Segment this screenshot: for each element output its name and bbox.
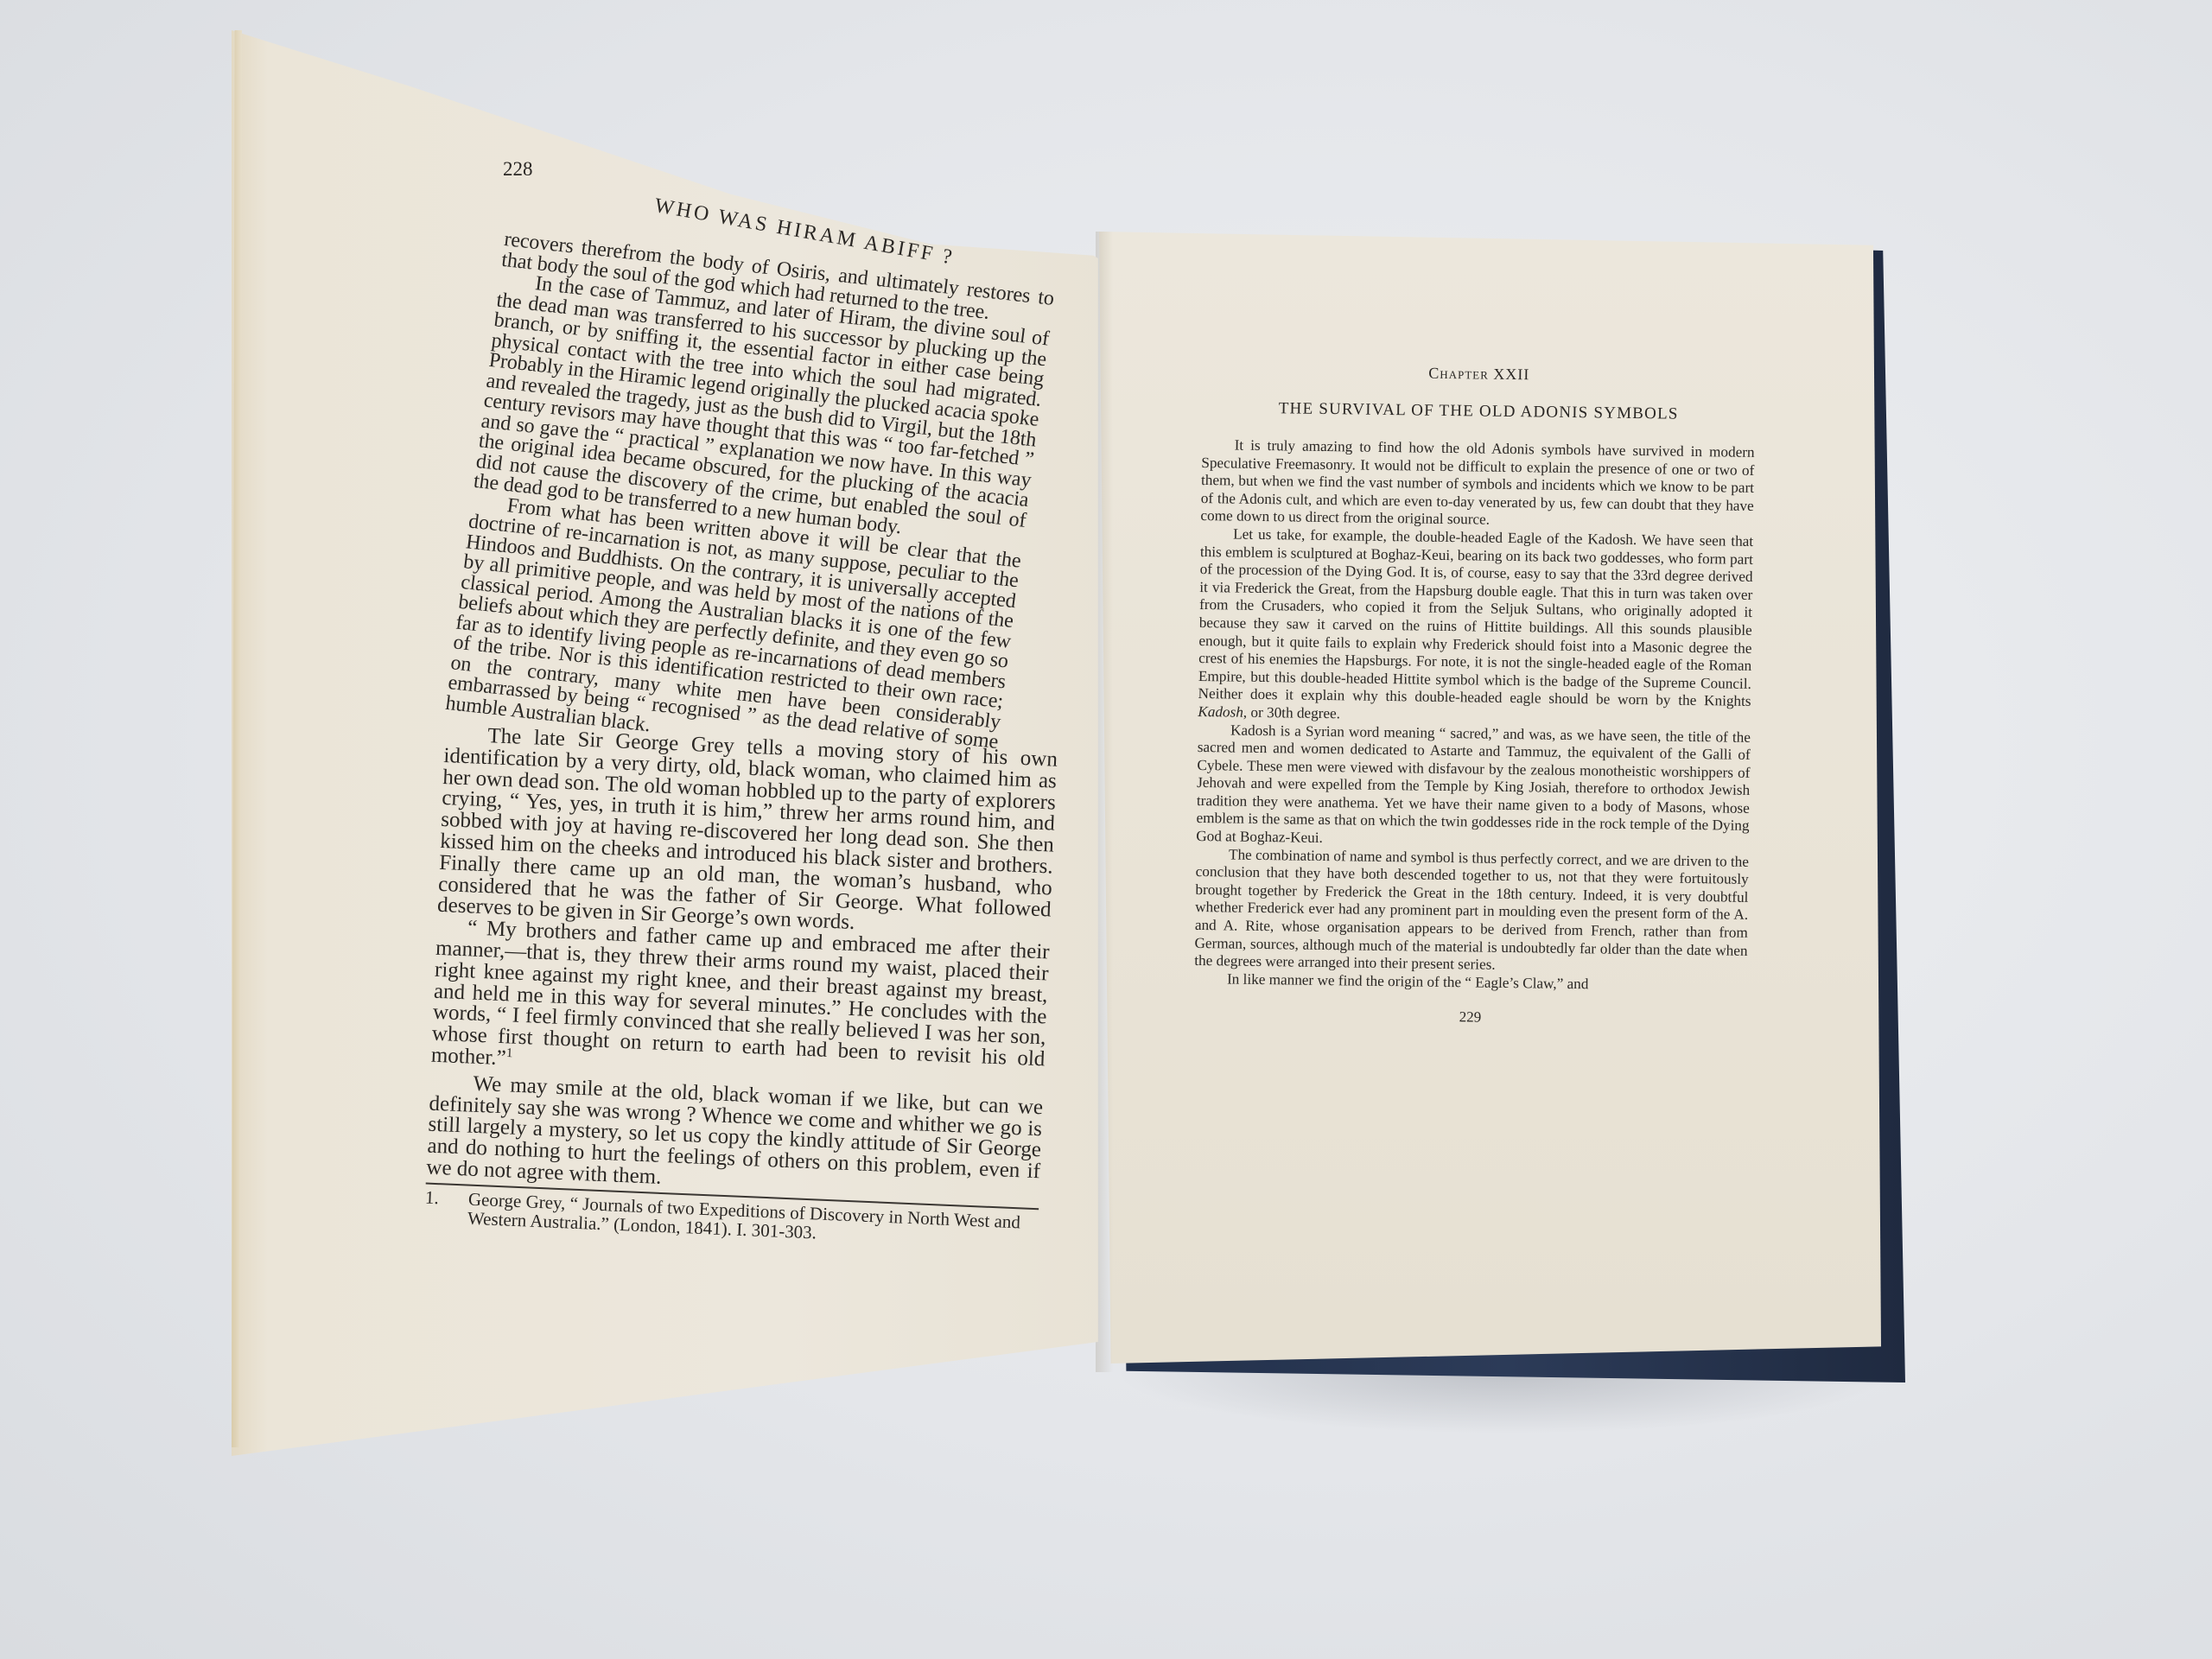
right-page-text-block: Chapter XXII THE SURVIVAL OF THE OLD ADO… [1193,361,1756,1030]
paragraph: The combination of name and symbol is th… [1194,846,1749,978]
paragraph: It is truly amazing to find how the old … [1200,436,1754,533]
left-page-lower-block: The late Sir George Grey tells a moving … [424,724,1058,1251]
chapter-label: Chapter XXII [1203,361,1756,387]
footnote-number: 1. [425,1187,469,1208]
paragraph: The late Sir George Grey tells a moving … [437,724,1058,943]
right-page: Chapter XXII THE SURVIVAL OF THE OLD ADO… [1099,232,1881,1363]
footnote-marker: 1 [506,1046,513,1060]
left-page-upper-block: recovers therefrom the body of Osiris, a… [444,230,1055,773]
paragraph: Let us take, for example, the double-hea… [1198,525,1753,728]
chapter-title: THE SURVIVAL OF THE OLD ADONIS SYMBOLS [1202,398,1755,425]
page-number-left: 228 [503,158,533,181]
book-gutter [1096,232,1113,1372]
quotation: “ My brothers and father came up and emb… [430,917,1050,1092]
paragraph: We may smile at the old, black woman if … [426,1071,1044,1205]
paragraph: Kadosh is a Syrian word meaning “ sacred… [1196,721,1751,853]
page-number-right: 229 [1193,1005,1746,1030]
italic-term: Kadosh [1198,703,1243,721]
